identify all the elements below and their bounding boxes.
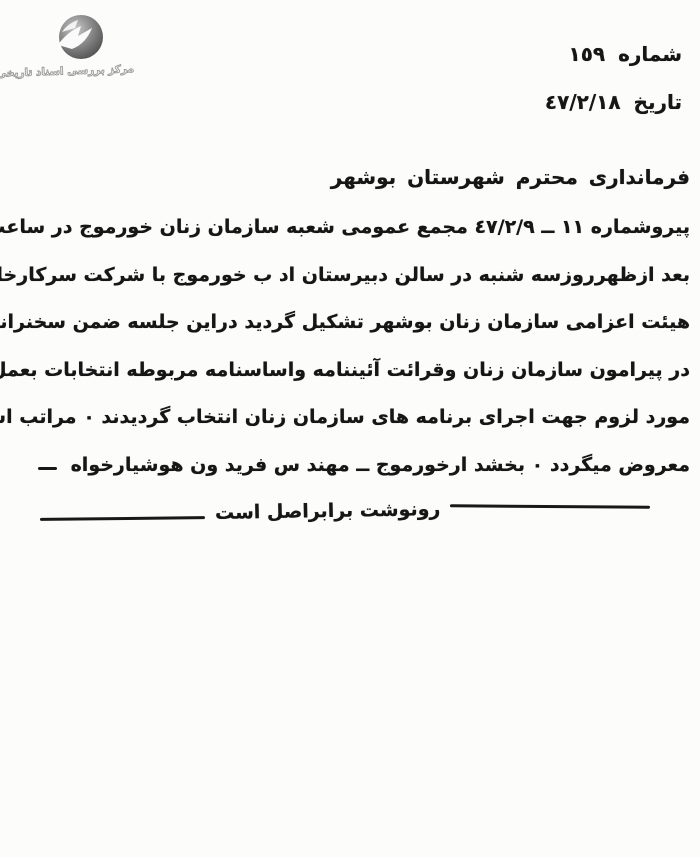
- body-line-1: پیروشماره ١١ ــ ٤٧/٢/٩ مجمع عمومی شعبه س…: [12, 204, 690, 252]
- archive-logo: مرکز بررسی اسناد تاریخی: [24, 12, 134, 77]
- letter-body: فرمانداری محترم شهرستان بوشهر پیروشماره …: [12, 150, 690, 537]
- body-line-3: هیئت اعزامی سازمان زنان بوشهر تشکیل گردی…: [12, 299, 690, 347]
- body-line-5: مورد لزوم جهت اجرای برنامه های سازمان زن…: [12, 394, 690, 442]
- signature-rule: [38, 467, 57, 470]
- addressee-line: فرمانداری محترم شهرستان بوشهر: [12, 150, 690, 204]
- document-date: تاریخ ٤٧/٢/١٨: [545, 90, 682, 114]
- body-line-4: در پیرامون سازمان زنان وقرائت آئیننامه و…: [12, 347, 690, 395]
- signature-line: معروض میگردد ٠ بخشد ارخورموج ــ مهند س ف…: [12, 442, 690, 490]
- logo-caption: مرکز بررسی اسناد تاریخی: [24, 63, 134, 79]
- certification-text: رونوشت برابراصل است: [214, 498, 440, 524]
- certification-line: رونوشت برابراصل است: [12, 489, 690, 537]
- scanned-letter-page: مرکز بررسی اسناد تاریخی شماره ١٥٩ تاریخ …: [0, 0, 700, 857]
- body-line-2: بعد ازظهرروزسه شنبه در سالن دبیرستان اد …: [12, 252, 690, 300]
- book-sphere-emblem-icon: [48, 12, 110, 64]
- signature-text: معروض میگردد ٠ بخشد ارخورموج ــ مهند س ف…: [71, 454, 690, 476]
- certification-rule-right: [450, 505, 650, 509]
- document-number: شماره ١٥٩: [569, 42, 683, 66]
- certification-rule-left: [40, 516, 205, 521]
